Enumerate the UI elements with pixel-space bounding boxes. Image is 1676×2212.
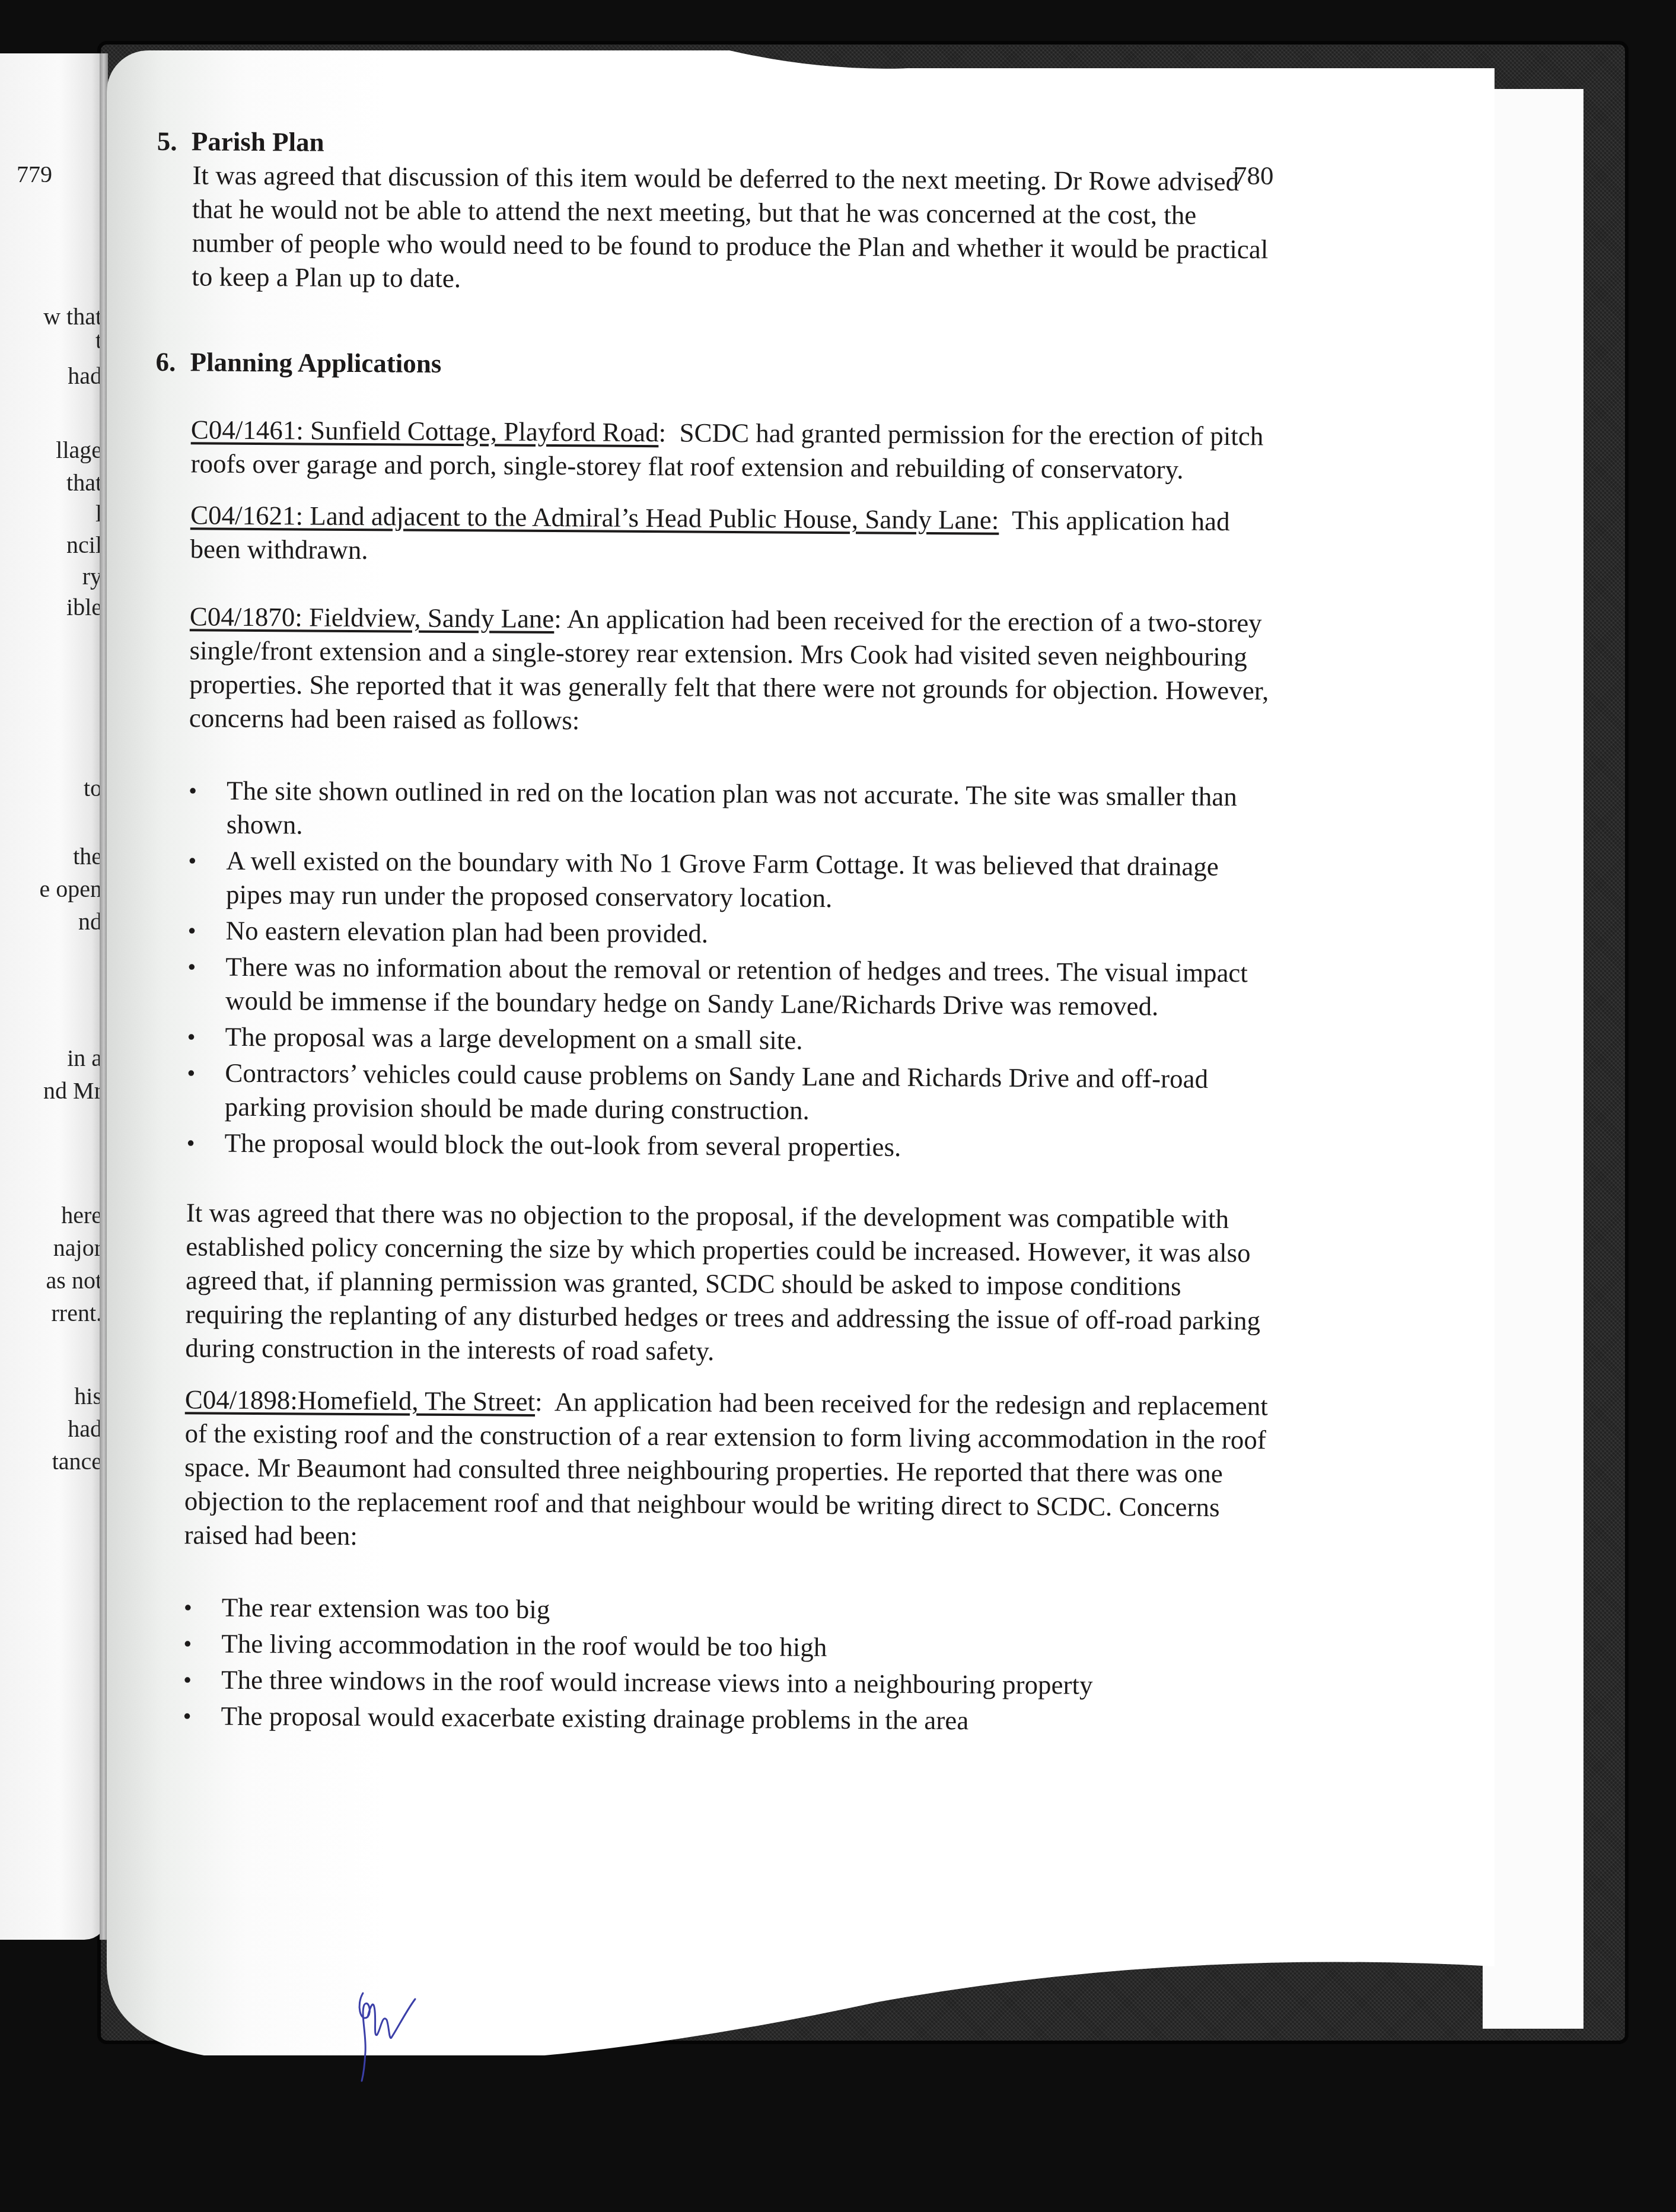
application-entry: C04/1621: Land adjacent to the Admiral’s… bbox=[154, 498, 1282, 573]
left-page-fragment: ncil bbox=[66, 531, 102, 559]
concern-item: •The site shown outlined in red on the l… bbox=[189, 774, 1280, 848]
concern-item: •The three windows in the roof would inc… bbox=[183, 1663, 1274, 1703]
bullet-icon: • bbox=[187, 1056, 195, 1090]
concern-item: •Contractors’ vehicles could cause probl… bbox=[187, 1056, 1279, 1130]
section-number: 5. bbox=[157, 125, 179, 158]
application-reference: C04/1621: Land adjacent to the Admiral’s… bbox=[190, 500, 999, 534]
left-page-fragment: the bbox=[73, 842, 102, 870]
separator bbox=[999, 505, 1012, 535]
application-reference: C04/1870: Fieldview, Sandy Lane bbox=[190, 601, 555, 634]
concerns-list: •The rear extension was too big •The liv… bbox=[147, 1590, 1274, 1740]
section-planning-applications: 6. Planning Applications C04/1461: Sunfi… bbox=[147, 345, 1282, 1740]
left-page-fragment: e open bbox=[39, 875, 102, 903]
left-page-fragment: as not bbox=[46, 1266, 102, 1294]
left-page: 779 w that t had llage that l ncil ry ib… bbox=[0, 53, 108, 1940]
separator: : bbox=[554, 604, 567, 634]
application-reference: C04/1461: Sunfield Cottage, Playford Roa… bbox=[191, 415, 659, 447]
left-page-fragment: had bbox=[68, 362, 102, 390]
separator: : bbox=[658, 418, 679, 447]
left-page-fragment: in a bbox=[67, 1044, 102, 1072]
section-heading: 6. Planning Applications bbox=[155, 345, 1282, 386]
application-reference: C04/1898:Homefield, The Street bbox=[185, 1385, 536, 1417]
left-page-fragment: najor bbox=[53, 1234, 102, 1262]
concern-item: •The proposal would block the out-look f… bbox=[186, 1126, 1277, 1166]
left-page-fragment: nd Mr bbox=[43, 1077, 102, 1105]
application-entry: C04/1461: Sunfield Cottage, Playford Roa… bbox=[155, 413, 1282, 488]
separator: : bbox=[535, 1387, 555, 1417]
bullet-icon: • bbox=[188, 914, 196, 947]
left-page-fragment: had bbox=[68, 1415, 102, 1443]
application-entry: C04/1870: Fieldview, Sandy Lane: An appl… bbox=[154, 600, 1281, 742]
page-content: 5. Parish Plan It was agreed that discus… bbox=[147, 125, 1284, 1742]
left-page-fragment: rrent. bbox=[51, 1299, 102, 1327]
handwritten-initials-signature bbox=[350, 1981, 421, 2082]
book-gutter bbox=[100, 53, 108, 1940]
bullet-icon: • bbox=[183, 1663, 192, 1697]
concerns-list: •The site shown outlined in red on the l… bbox=[151, 774, 1280, 1167]
concern-item: •The proposal would exacerbate existing … bbox=[183, 1699, 1274, 1739]
bullet-icon: • bbox=[187, 950, 196, 984]
bullet-icon: • bbox=[188, 844, 196, 877]
left-page-number: 779 bbox=[17, 160, 52, 188]
concern-item: •There was no information about the remo… bbox=[187, 950, 1279, 1024]
section-parish-plan: 5. Parish Plan It was agreed that discus… bbox=[156, 125, 1284, 301]
concern-item: •No eastern elevation plan had been prov… bbox=[188, 914, 1279, 954]
bullet-icon: • bbox=[186, 1126, 195, 1160]
left-page-fragment: here bbox=[61, 1201, 102, 1229]
section-number: 6. bbox=[155, 345, 177, 379]
left-page-fragment: his bbox=[74, 1382, 102, 1410]
application-entry: C04/1898:Homefield, The Street: An appli… bbox=[148, 1383, 1276, 1559]
bullet-icon: • bbox=[187, 1020, 195, 1054]
left-page-fragment: that bbox=[66, 469, 102, 496]
left-page-fragment: ible bbox=[66, 593, 102, 621]
bullet-icon: • bbox=[183, 1627, 192, 1660]
section-title: Planning Applications bbox=[190, 345, 441, 381]
concern-item: •A well existed on the boundary with No … bbox=[188, 844, 1280, 918]
left-page-fragment: llage bbox=[56, 436, 102, 464]
concern-item: •The rear extension was too big bbox=[184, 1590, 1275, 1631]
concern-item: •The living accommodation in the roof wo… bbox=[183, 1627, 1274, 1667]
left-page-fragment: w that bbox=[43, 303, 102, 330]
bullet-icon: • bbox=[184, 1590, 192, 1624]
section-body: It was agreed that discussion of this it… bbox=[156, 158, 1283, 301]
section-title: Parish Plan bbox=[192, 125, 324, 159]
resolution-text: It was agreed that there was no objectio… bbox=[149, 1196, 1277, 1372]
left-page-fragment: nd bbox=[78, 908, 102, 935]
page-stack-edge bbox=[1483, 89, 1583, 2029]
bullet-icon: • bbox=[189, 774, 197, 807]
left-page-fragment: ry bbox=[82, 562, 102, 590]
bullet-icon: • bbox=[183, 1699, 191, 1733]
left-page-fragment: tance bbox=[52, 1447, 102, 1475]
concern-item: •The proposal was a large development on… bbox=[187, 1020, 1278, 1060]
